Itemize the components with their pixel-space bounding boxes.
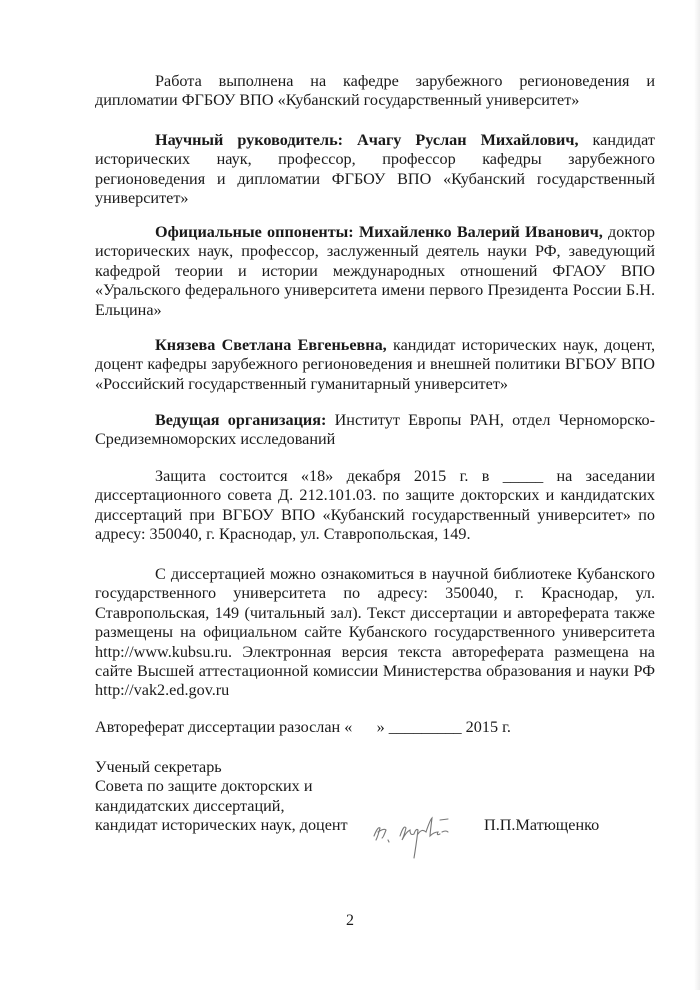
secretary-line-1: Ученый секретарь bbox=[95, 758, 348, 777]
document-page: Работа выполнена на кафедре зарубежного … bbox=[0, 0, 700, 990]
signature-image bbox=[370, 806, 470, 866]
paragraph-library: С диссертацией можно ознакомиться в науч… bbox=[95, 565, 655, 701]
opponents-label: Официальные оппоненты: bbox=[155, 223, 354, 241]
secretary-name: П.П.Матющенко bbox=[484, 816, 599, 835]
secretary-line-2: Совета по защите докторских и bbox=[95, 777, 348, 796]
supervisor-label: Научный руководитель: bbox=[155, 131, 343, 149]
sent-out-line: Автореферат диссертации разослан « » ___… bbox=[95, 718, 511, 737]
scan-edge bbox=[694, 0, 700, 990]
secretary-line-3: кандидатских диссертаций, bbox=[95, 797, 348, 816]
paragraph-opponent-2: Князева Светлана Евгеньевна, кандидат ис… bbox=[95, 336, 655, 394]
paragraph-work-done: Работа выполнена на кафедре зарубежного … bbox=[95, 72, 655, 111]
paragraph-opponent-1: Официальные оппоненты: Михайленко Валери… bbox=[95, 223, 655, 320]
paragraph-defense: Защита состоится «18» декабря 2015 г. в … bbox=[95, 467, 655, 545]
secretary-line-4: кандидат исторических наук, доцент bbox=[95, 816, 348, 835]
page-number: 2 bbox=[0, 912, 700, 930]
leading-org-label: Ведущая организация: bbox=[155, 411, 326, 429]
supervisor-name: Ачагу Руслан Михайлович, bbox=[357, 131, 578, 149]
opponent-1-name: Михайленко Валерий Иванович, bbox=[359, 223, 603, 241]
opponent-2-name: Князева Светлана Евгеньевна, bbox=[155, 336, 387, 354]
paragraph-supervisor: Научный руководитель: Ачагу Руслан Михай… bbox=[95, 131, 655, 209]
secretary-block: Ученый секретарь Совета по защите доктор… bbox=[95, 758, 348, 836]
paragraph-leading-org: Ведущая организация: Институт Европы РАН… bbox=[95, 411, 655, 450]
